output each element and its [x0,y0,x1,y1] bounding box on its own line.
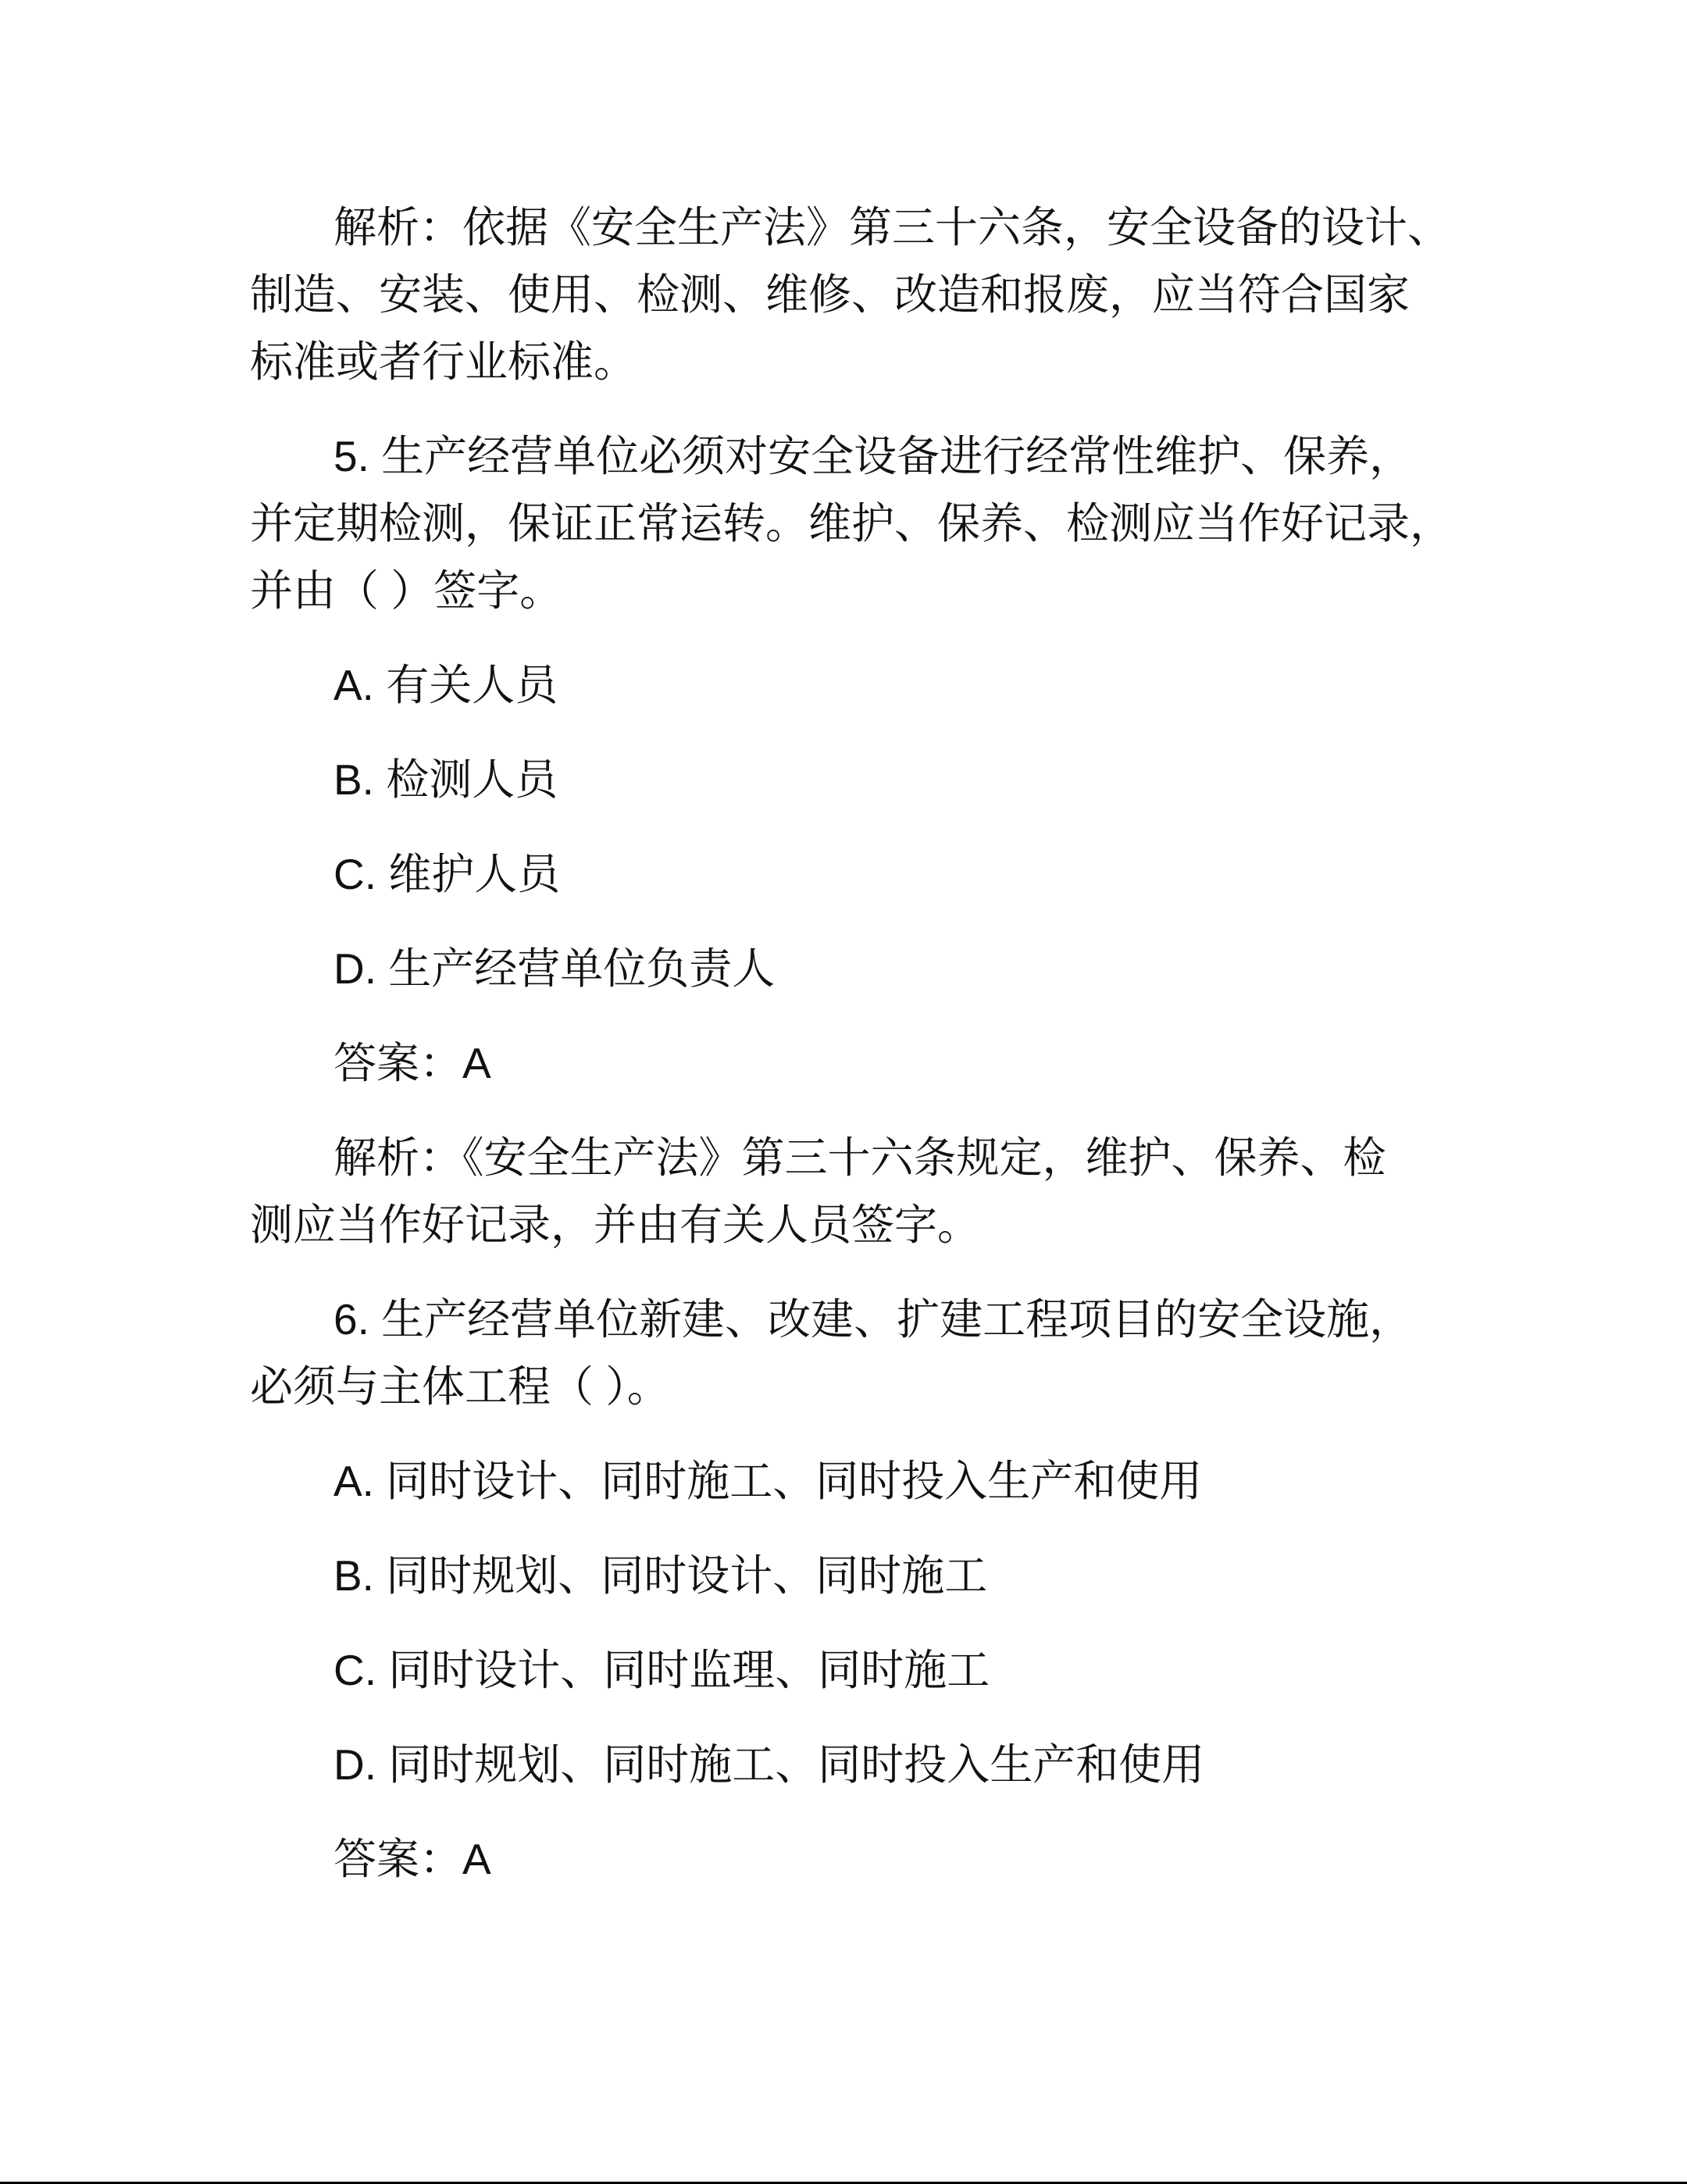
text-line: 测应当作好记录，并由有关人员签字。 [250,1191,1500,1258]
question-5-option-b: B. 检测人员 [250,746,1500,813]
document-page: 解析：依据《安全生产法》第三十六条，安全设备的设计、 制造、安装、使用、检测、维… [250,194,1500,1920]
question-6-option-b: B. 同时规划、同时设计、同时施工 [250,1542,1500,1609]
question-5-option-a: A. 有关人员 [250,651,1500,719]
text-line: 并定期检测，保证正常运转。维护、保养、检测应当作好记录， [250,490,1500,557]
text-line: 制造、安装、使用、检测、维修、改造和报废，应当符合国家 [250,261,1500,328]
text-line: 5. 生产经营单位必须对安全设备进行经常性维护、保养， [250,423,1500,490]
question-5-option-d: D. 生产经营单位负责人 [250,935,1500,1002]
question-5-option-c: C. 维护人员 [250,840,1500,908]
text-line: 标准或者行业标准。 [250,328,1500,395]
question-6-option-a: A. 同时设计、同时施工、同时投入生产和使用 [250,1447,1500,1515]
text-line: 解析：《安全生产法》第三十六条规定，维护、保养、检 [250,1124,1500,1191]
question-6-option-d: D. 同时规划、同时施工、同时投入生产和使用 [250,1731,1500,1798]
explanation-q5: 解析：《安全生产法》第三十六条规定，维护、保养、检 测应当作好记录，并由有关人员… [250,1124,1500,1258]
question-6-answer: 答案：A [250,1825,1500,1893]
text-line: 6. 生产经营单位新建、改建、扩建工程项目的安全设施， [250,1286,1500,1353]
question-5-stem: 5. 生产经营单位必须对安全设备进行经常性维护、保养， 并定期检测，保证正常运转… [250,423,1500,624]
question-5-answer: 答案：A [250,1030,1500,1097]
text-line: 并由（ ）签字。 [250,557,1500,624]
explanation-q4: 解析：依据《安全生产法》第三十六条，安全设备的设计、 制造、安装、使用、检测、维… [250,194,1500,395]
text-line: 解析：依据《安全生产法》第三十六条，安全设备的设计、 [250,194,1500,261]
question-6-stem: 6. 生产经营单位新建、改建、扩建工程项目的安全设施， 必须与主体工程（ ）。 [250,1286,1500,1420]
question-6-option-c: C. 同时设计、同时监理、同时施工 [250,1636,1500,1704]
text-line: 必须与主体工程（ ）。 [250,1353,1500,1420]
